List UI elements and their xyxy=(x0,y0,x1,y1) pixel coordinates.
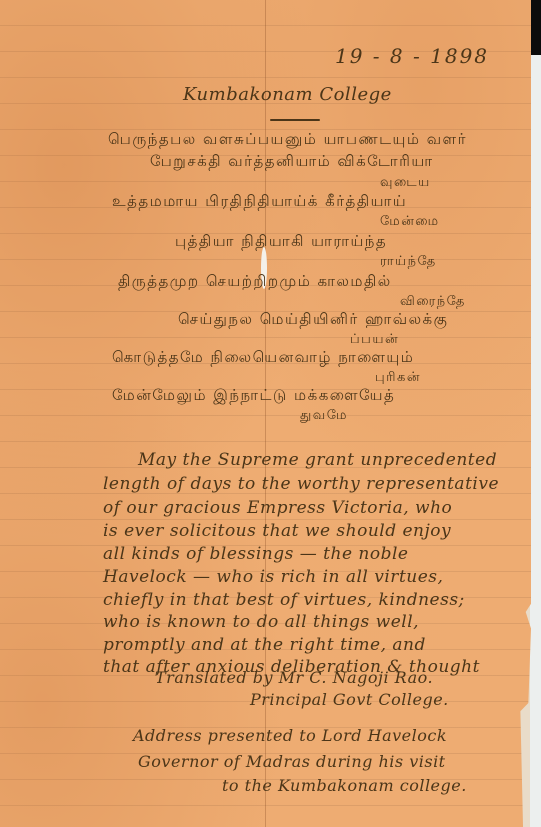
tamil-line: பேறுசக்தி வர்த்தனியாம் விக்டோரியா xyxy=(150,152,434,172)
tamil-line: புத்தியா நிதியாகி யாராய்ந்த xyxy=(175,232,387,252)
document-heading: Kumbakonam College xyxy=(183,84,392,105)
tamil-interlinear: வுடைய xyxy=(380,175,431,191)
translation-line: Havelock — who is rich in all virtues, xyxy=(103,567,443,587)
translation-line: promptly and at the right time, and xyxy=(103,635,426,655)
heading-underline xyxy=(270,119,320,121)
note-line: to the Kumbakonam college. xyxy=(222,776,467,795)
tamil-interlinear: ராய்ந்தே xyxy=(380,254,437,270)
document-date: 19 - 8 - 1898 xyxy=(335,44,489,68)
translation-line: of our gracious Empress Victoria, who xyxy=(103,498,452,518)
tamil-interlinear: புரிகன் xyxy=(375,370,421,386)
translator-title: Principal Govt College. xyxy=(250,690,449,709)
tamil-interlinear: விரைந்தே xyxy=(400,294,466,310)
tamil-line: செய்துநல மெய்தியினிர் ஹாவ்லக்கு xyxy=(178,310,448,330)
tamil-line: பெருந்தபல வளசுப்பயனும் யாபணடயும் வளர் xyxy=(108,130,467,150)
translation-line: all kinds of blessings — the noble xyxy=(103,544,408,564)
tamil-line: உத்தமமாய பிரதிநிதியாய்க் கீர்த்தியாய் xyxy=(112,192,407,212)
translation-line: length of days to the worthy representat… xyxy=(103,474,499,494)
translation-line: who is known to do all things well, xyxy=(103,612,419,632)
tamil-line: திருத்தமுற செயற்றிறமும் காலமதில் xyxy=(118,272,392,292)
scan-backdrop-light xyxy=(530,55,541,827)
translation-line: chiefly in that best of virtues, kindnes… xyxy=(103,590,465,610)
tamil-line: மேன்மேலும் இந்நாட்டு மக்களையேத் xyxy=(112,386,395,406)
translation-line: May the Supreme grant unprecedented xyxy=(138,450,497,470)
note-line: Address presented to Lord Havelock xyxy=(133,726,447,745)
translation-line: is ever solicitous that we should enjoy xyxy=(103,521,451,541)
tamil-interlinear: ப்பயன் xyxy=(350,332,399,348)
tamil-interlinear: மேன்மை xyxy=(380,214,440,230)
translator-credit: Translated by Mr C. Nagoji Rao. xyxy=(155,668,433,687)
tamil-interlinear: துவமே xyxy=(300,408,348,424)
tamil-line: கொடுத்தமே நிலையெனவாழ் நாளையும் xyxy=(112,348,414,368)
scan-backdrop-dark xyxy=(530,0,541,55)
note-line: Governor of Madras during his visit xyxy=(138,752,446,771)
